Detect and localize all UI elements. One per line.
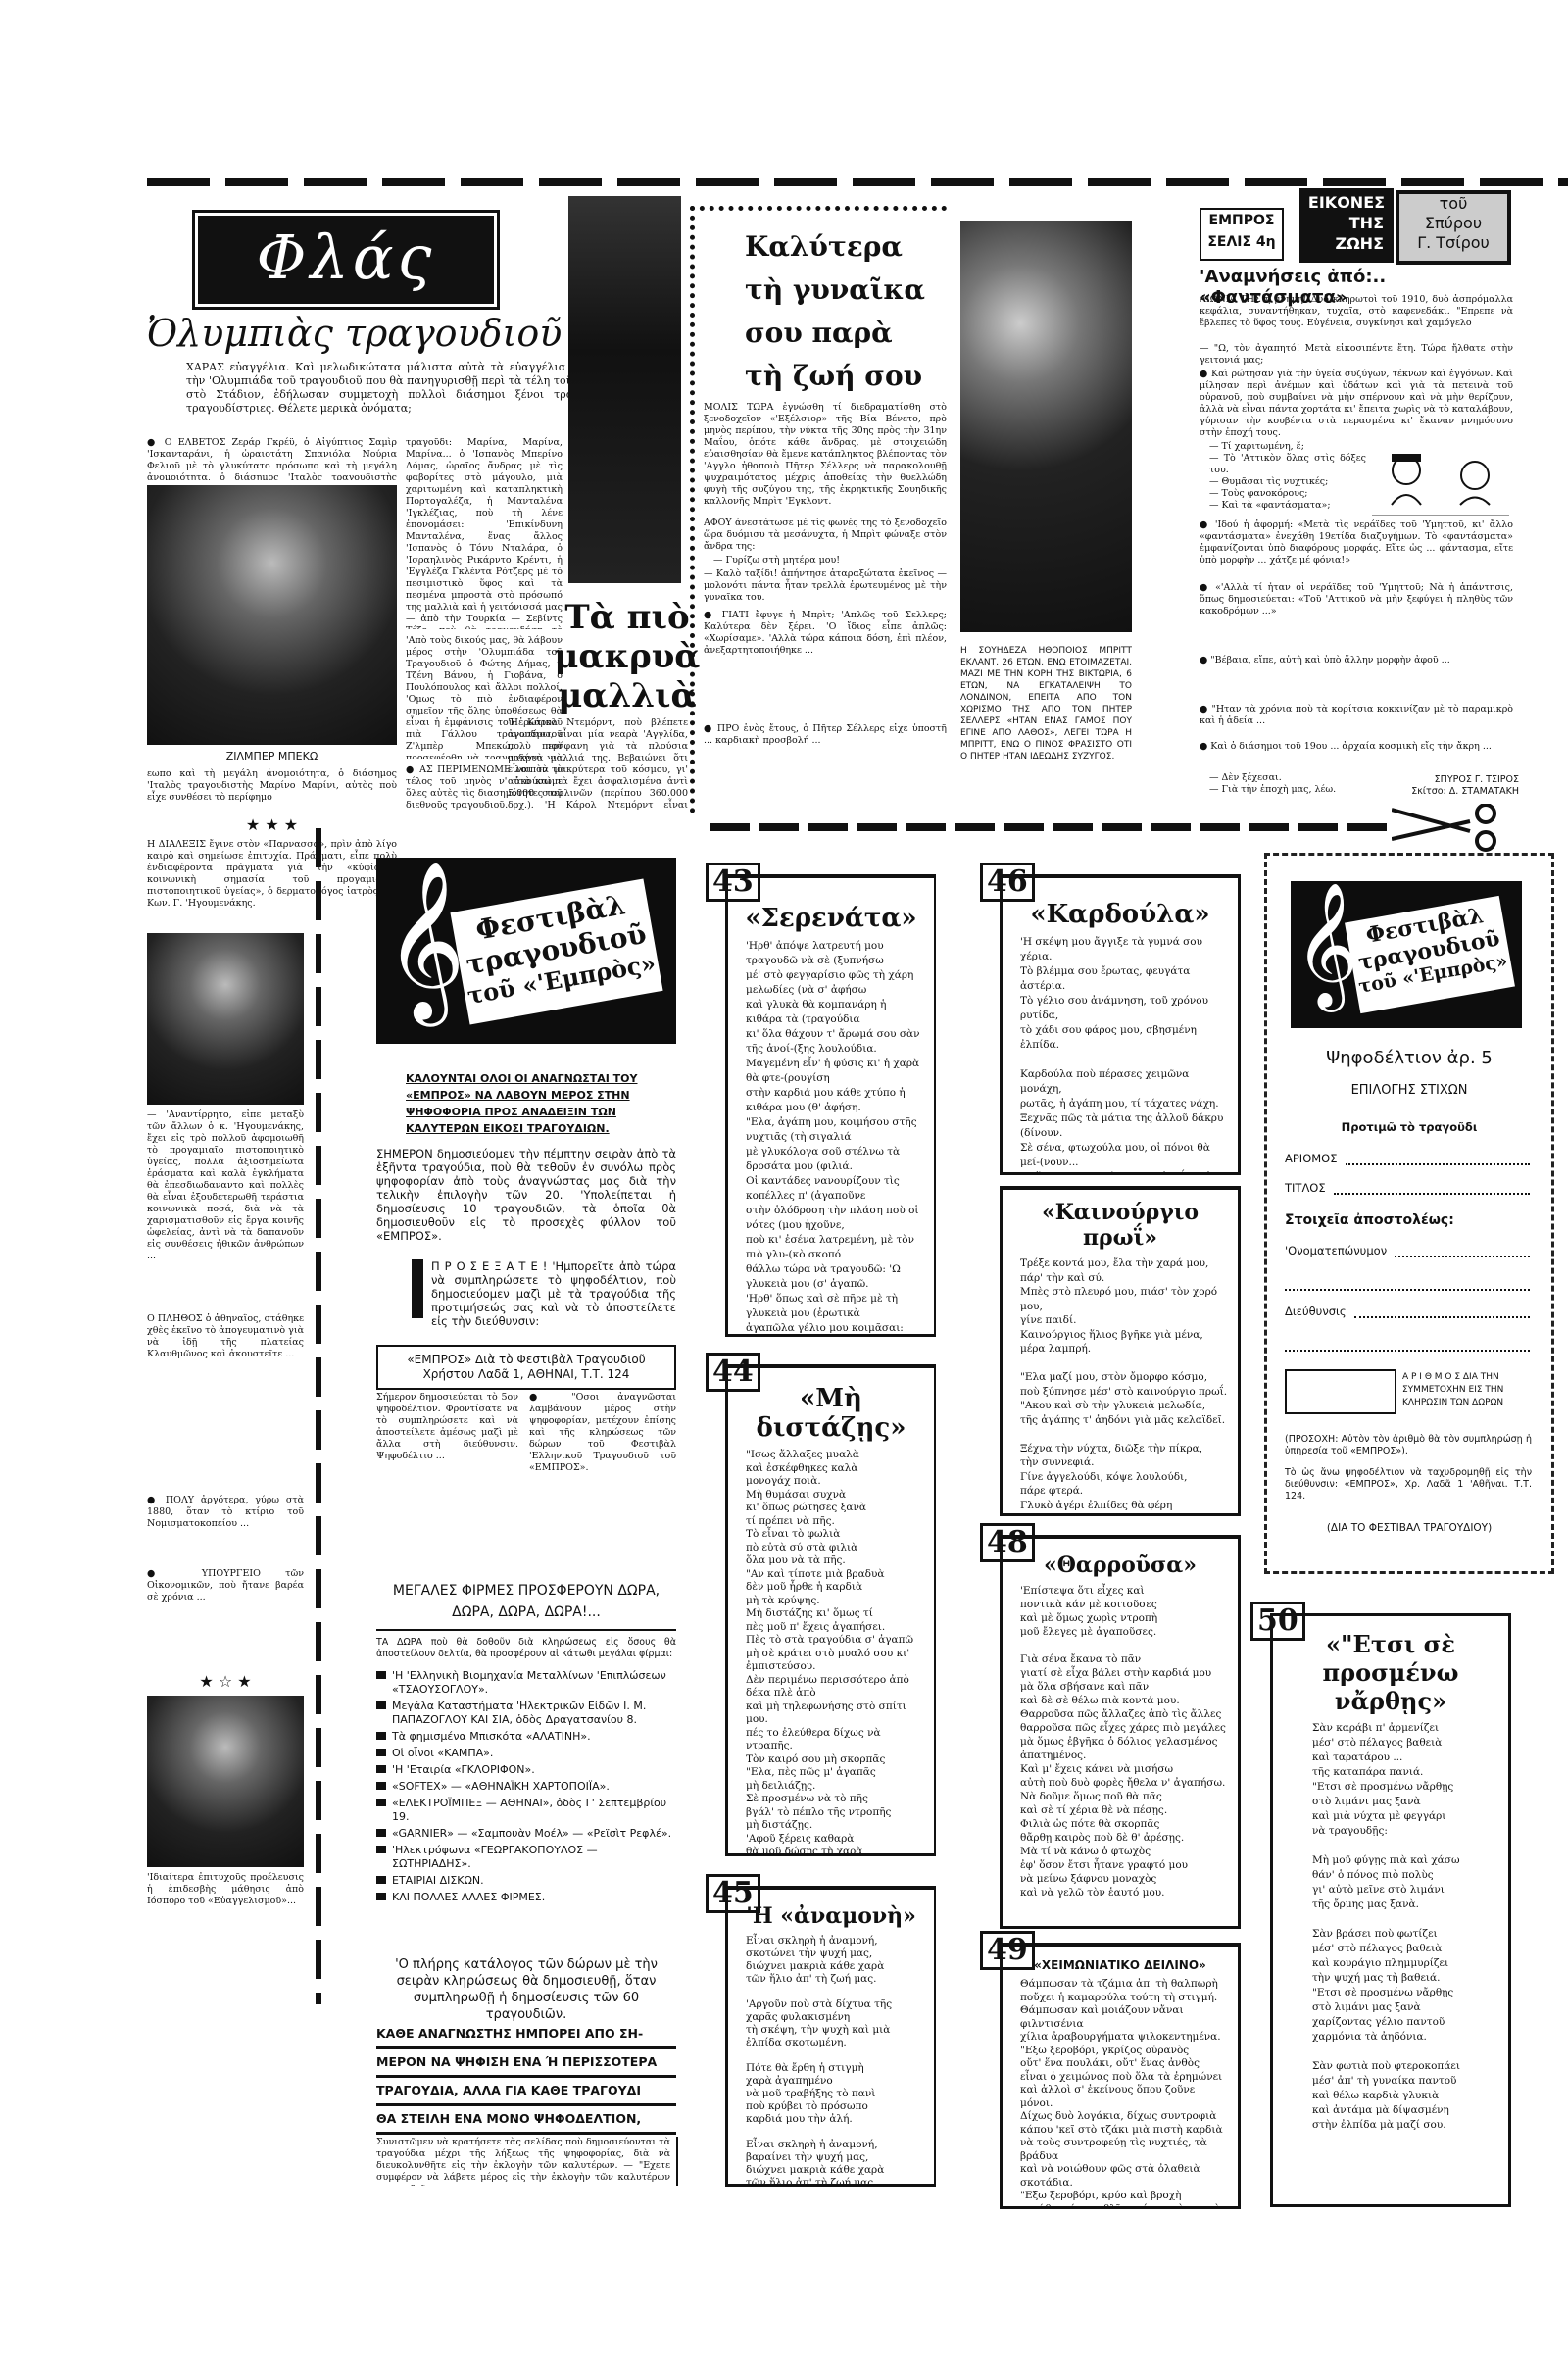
bullet-icon <box>376 1732 386 1740</box>
gift-item-label: «GARNIER» — «Σαμπουὰν Μοέλ» — «Ρεϊσὶτ Ρε… <box>392 1827 671 1840</box>
doctor-photo <box>147 933 304 1105</box>
song-lyrics-46: 'Η σκέψη μου ἄγγιξε τὰ γυμνά σου χέρια. … <box>1003 935 1238 1175</box>
song-card-48: «Θαρροῦσα» 'Επίστεψα ὅτι εἶχες καὶ ποντι… <box>1000 1535 1241 1929</box>
pictures-of-life-badge: ΕΙΚΟΝΕΣ ΤΗΣ ΖΩΗΣ <box>1301 190 1392 261</box>
gift-item: 'Ηλεκτρόφωνα «ΓΕΩΡΓΑΚΟΠΟΥΛΟΣ — ΣΩΤΗΡΙΑΔΗ… <box>376 1844 676 1871</box>
song-title-46: «Καρδούλα» <box>1003 900 1238 929</box>
gift-item: Μεγάλα Καταστήματα 'Ηλεκτρικῶν Εἰδῶν Ι. … <box>376 1700 676 1727</box>
bullet-icon <box>376 1765 386 1773</box>
gift-item-label: 'Η 'Ελληνικὴ Βιομηχανία Μεταλλίνων 'Επιπ… <box>392 1669 666 1696</box>
ballot-sender-heading: Στοιχεῖα ἀποστολέως: <box>1285 1212 1454 1228</box>
bullet-icon <box>376 1799 386 1806</box>
song-title-49: «ΧΕΙΜΩΝΙΑΤΙΚΟ ΔΕΙΛΙΝΟ» <box>1003 1958 1238 1972</box>
song-card-49: «ΧΕΙΜΩΝΙΑΤΙΚΟ ΔΕΙΛΙΝΟ» Θάμπωσαν τὰ τζάμι… <box>1000 1943 1241 2209</box>
lottery-number-label: Α Ρ Ι Θ Μ Ο Σ ΔΙΑ ΤΗΝ ΣΥΜΜΕΤΟΧΗΝ ΕΙΣ ΤΗΝ… <box>1402 1371 1540 1409</box>
history-para-2: ● ΠΟΛΥ ἀργότερα, γύρω στὰ 1880, ὅταν τὸ … <box>147 1495 304 1563</box>
gift-item: 'Η 'Ελληνικὴ Βιομηχανία Μεταλλίνων 'Επιπ… <box>376 1669 676 1697</box>
ballot-prefer-label: Προτιμῶ τὸ τραγοῦδι <box>1267 1120 1551 1134</box>
author-badge-line-2: Σπύρου <box>1399 214 1507 233</box>
memories-para4: ● 'Ιδού ἡ ἀφορμή: «Μετὰ τὶς νεράϊδες τοῦ… <box>1200 519 1513 580</box>
gift-item: Οἱ οἶνοι «ΚΑΜΠΑ». <box>376 1747 676 1760</box>
long-hair-photo <box>568 196 681 583</box>
history-para: Ο ΠΛΗΘΟΣ ὁ ἀθηναΐος, στάθηκε χθὲς ἐκεῖνο… <box>147 1313 304 1490</box>
ballot-number-label: ΑΡΙΘΜΟΣ <box>1285 1152 1338 1165</box>
ballot-footer: (ΔΙΑ ΤΟ ΦΕΣΤΙΒΑΛ ΤΡΑΓΟΥΔΙΟΥ) <box>1267 1522 1551 1534</box>
memories-para5: ● «'Αλλὰ τί ἦταν οἱ νεράϊδες τοῦ 'Υμηττο… <box>1200 582 1513 653</box>
ballot-number-field[interactable]: ΑΡΙΘΜΟΣ <box>1285 1152 1530 1165</box>
song-card-45: 'Η «ἀναμονὴ» Εἶναι σκληρὴ ἡ ἀναμονή, σκο… <box>725 1886 936 2187</box>
center-story-para2: ΑΦΟΥ ἀνεστάτωσε μὲ τὶς φωνές της τὸ ξενο… <box>704 518 947 553</box>
song-title-48: «Θαρροῦσα» <box>1003 1553 1238 1578</box>
gift-item: ΚΑΙ ΠΟΛΛΕΣ ΑΛΛΕΣ ΦΙΡΜΕΣ. <box>376 1891 676 1904</box>
center-story-border-left <box>690 206 695 813</box>
center-story-dialog-1: — Γυρίζω στὴ μητέρα μου! <box>713 555 947 567</box>
voting-rule-line: ΜΕΡΟΝ ΝΑ ΨΗΦΙΣΗ ΕΝΑ Ή ΠΕΡΙΣΣΟΤΕΡΑ <box>376 2049 676 2078</box>
memories-para2: — "Ω, τὸν ἀγαπητό! Μετὰ εἰκοσιπέντε ἔτη.… <box>1200 343 1513 367</box>
song-lyrics-50: Σὰν καράβι π' ἀρμενίζει μέσ' στὸ πέλαγος… <box>1273 1721 1508 2141</box>
memories-para7: ● "Ηταν τὰ χρόνια ποὺ τὰ κορίτσια κοκκιν… <box>1200 704 1513 739</box>
voting-rule: ΚΑΘΕ ΑΝΑΓΝΩΣΤΗΣ ΗΜΠΟΡΕΙ ΑΠΟ ΣΗ- ΜΕΡΟΝ ΝΑ… <box>376 2021 676 2135</box>
center-story-headline: Καλύτερα τὴ γυναῖκα σου παρὰ τὴ ζωή σου <box>745 225 931 398</box>
olympiad-para1b: τραγοῦδι: Μαρίνα, Μαρίνα, Μαρίνα... ὁ 'Ι… <box>406 437 563 629</box>
column-separator <box>316 828 321 2004</box>
cut-line <box>710 823 1387 831</box>
memories-dialog-2: — Δὲν ξέχεσαι. — Γιὰ τὴν ἐποχὴ μας, λέω. <box>1209 772 1386 796</box>
bullet-icon <box>376 1782 386 1790</box>
gifts-headline: ΜΕΓΑΛΕΣ ΦΙΡΜΕΣ ΠΡΟΣΦΕΡΟΥΝ ΔΩΡΑ, ΔΩΡΑ, ΔΩ… <box>376 1580 676 1631</box>
gift-item-label: Μεγάλα Καταστήματα 'Ηλεκτρικῶν Εἰδῶν Ι. … <box>392 1700 646 1726</box>
badge-line-1: ΕΙΚΟΝΕΣ <box>1303 192 1390 213</box>
ballot-name-extra-line[interactable] <box>1285 1279 1530 1291</box>
stars-divider-1: ★ ★ ★ <box>147 815 397 834</box>
center-story-para4: ● ΠΡΟ ἑνὸς ἔτους, ὁ Πῆτερ Σέλλερς εἶχε ὑ… <box>704 723 947 810</box>
gifts-intro: ΤΑ ΔΩΡΑ ποὺ θὰ δοθοῦν διὰ κληρώσεως εἰς … <box>376 1637 676 1660</box>
bullet-icon <box>376 1671 386 1679</box>
ballot-title: Ψηφοδέλτιον ἀρ. 5 <box>1267 1048 1551 1068</box>
gift-item: «GARNIER» — «Σαμπουὰν Μοέλ» — «Ρεϊσὶτ Ρε… <box>376 1827 676 1841</box>
song-title-44: «Μὴ διστάζῃς» <box>728 1384 934 1443</box>
festival-address: «ΕΜΠΡΟΣ» Διὰ τὸ Φεστιβὰλ Τραγουδιοῦ Χρήσ… <box>376 1345 676 1390</box>
center-story-para1: ΜΟΛΙΣ ΤΩΡΑ ἐγνώσθη τί διεδραματίσθη στὸ … <box>704 402 947 510</box>
song-title-50: «"Ετσι σὲ προσμένω νἄρθῃς» <box>1273 1630 1508 1715</box>
author-badge-line-1: τοῦ <box>1399 194 1507 214</box>
emprós-page-badge: ΕΜΠΡΟΣ ΣΕΛΙΣ 4η <box>1200 208 1284 261</box>
becaud-side-text: εωπο καὶ τὴ μεγάλη ἀνομοιότητα, ὁ διάσημ… <box>147 768 397 806</box>
ballot-notice: (ΠΡΟΣΟΧΗ: Αὐτὸν τὸν ἀριθμὸ θὰ τὸν συμπλη… <box>1285 1434 1532 1457</box>
sketch-figures-icon <box>1372 446 1509 515</box>
author-badge-line-3: Γ. Τσίρου <box>1399 233 1507 253</box>
voting-rule-line: ΤΡΑΓΟΥΔΙΑ, ΑΛΛΑ ΓΙΑ ΚΑΘΕ ΤΡΑΓΟΥΔΙ <box>376 2078 676 2106</box>
author-signature: ΣΠΥΡΟΣ Γ. ΤΣΙΡΟΣ <box>1392 774 1519 786</box>
song-card-43: «Σερενάτα» 'Ηρθ' ἀπόψε λατρευτή μου τραγ… <box>725 874 936 1337</box>
treble-clef-icon: 𝄞 <box>384 867 465 1014</box>
olympiad-para1: ● Ο ΕΛΒΕΤΟΣ Ζεράρ Γκρέϋ, ὁ Αἰγύπτιος Σαμ… <box>147 437 397 480</box>
song-lyrics-44: "Ισως ἄλλαξες μυαλὰ καὶ ἐσκέφθηκες καλὰ … <box>728 1449 934 1856</box>
dialog-line: — Τοὺς φανοκόρους; <box>1209 488 1366 500</box>
festival-logo-card: Φεστιβὰλ τραγουδιοῦ τοῦ «'Εμπρὸς» <box>450 879 662 1025</box>
memories-signature: ΣΠΥΡΟΣ Γ. ΤΣΙΡΟΣ Σκίτσο: Δ. ΣΤΑΜΑΤΑΚΗ <box>1392 774 1519 798</box>
final-para: 'Ιδιαίτερα ἐπιτυχοῦς προέλευσις ἡ ἐπιδεσ… <box>147 1872 304 1980</box>
flash-logo-text: Φλάς <box>195 213 497 303</box>
gift-item-label: Οἱ οἶνοι «ΚΑΜΠΑ». <box>392 1747 493 1759</box>
stars-divider-2: ★ ☆ ★ <box>147 1672 304 1691</box>
song-lyrics-47: Τρέξε κοντά μου, ἔλα τὴν χαρά μου, πάρ' … <box>1003 1257 1238 1516</box>
memories-para8: ● Καὶ ὁ διάσημοι τοῦ 19ου ... ἀρχαία κοσ… <box>1200 741 1513 770</box>
song-card-46: «Καρδούλα» 'Η σκέψη μου ἄγγιξε τὰ γυμνά … <box>1000 874 1241 1175</box>
song-lyrics-48: 'Επίστεψα ὅτι εἶχες καὶ ποντικὰ κάν μὲ κ… <box>1003 1584 1238 1907</box>
song-title-43: «Σερενάτα» <box>728 904 934 933</box>
ballot-mail-to: Τὸ ὡς ἄνω ψηφοδέλτιον νὰ ταχυδρομηθῇ εἰς… <box>1285 1467 1532 1503</box>
gift-item-label: «SOFTEX» — «ΑΘΗΝΑΪΚΗ ΧΑΡΤΟΠΟΙΪΑ». <box>392 1780 610 1793</box>
ballot-title-input[interactable] <box>1334 1181 1530 1195</box>
ballot-name-input[interactable] <box>1395 1244 1530 1257</box>
song-lyrics-43: 'Ηρθ' ἀπόψε λατρευτή μου τραγουδῶ νὰ σὲ … <box>728 939 934 1337</box>
ballot-title-field[interactable]: ΤΙΤΛΟΣ <box>1285 1181 1530 1195</box>
bullet-icon <box>376 1846 386 1853</box>
dancer-photo <box>147 1696 304 1867</box>
ballot-name-field[interactable]: 'Ονοματεπώνυμον <box>1285 1244 1530 1257</box>
becaud-photo-caption: ΖΙΛΜΠΕΡ ΜΠΕΚΩ <box>147 750 397 763</box>
voting-rule-line: ΘΑ ΣΤΕΙΛΗ ΕΝΑ ΜΟΝΟ ΨΗΦΟΔΕΛΤΙΟΝ, <box>376 2106 676 2135</box>
song-card-47: «Καινούργιο πρωΐ» Τρέξε κοντά μου, ἔλα τ… <box>1000 1186 1241 1516</box>
bullet-icon <box>376 1876 386 1884</box>
festival-logo: 𝄞 Φεστιβὰλ τραγουδιοῦ τοῦ «'Εμπρὸς» <box>376 858 676 1044</box>
center-story-dialog-2: — Καλὸ ταξίδι! ἀπήντησε ἀταραξώτατα ἐκεῖ… <box>704 568 947 604</box>
gift-item: ΕΤΑΙΡΙΑΙ ΔΙΣΚΩΝ. <box>376 1874 676 1888</box>
long-hair-headline: Τὰ πιὸ μακρυὰ μαλλιὰ <box>549 598 706 715</box>
song-card-50: «"Ετσι σὲ προσμένω νἄρθῃς» Σὰν καράβι π'… <box>1270 1613 1511 2207</box>
ballot-name-label: 'Ονοματεπώνυμον <box>1285 1244 1387 1257</box>
gift-item-label: ΚΑΙ ΠΟΛΛΕΣ ΑΛΛΕΣ ΦΙΡΜΕΣ. <box>392 1891 545 1903</box>
gift-item: «ΕΛΕΚΤΡΟΪΜΠΕΞ — ΑΘΗΝΑΙ», ὁδὸς Γ' Σεπτεμβ… <box>376 1797 676 1824</box>
ballot-address-input[interactable] <box>1354 1305 1530 1318</box>
festival-call: ΚΑΛΟΥΝΤΑΙ ΟΛΟΙ ΟΙ ΑΝΑΓΝΩΣΤΑΙ ΤΟΥ «ΕΜΠΡΟΣ… <box>406 1070 659 1137</box>
gift-item-label: «ΕΛΕΚΤΡΟΪΜΠΕΞ — ΑΘΗΝΑΙ», ὁδὸς Γ' Σεπτεμβ… <box>392 1797 666 1823</box>
top-border-rule <box>147 178 1568 186</box>
ballot-form: 𝄞 Φεστιβὰλ τραγουδιοῦ τοῦ «'Εμπρὸς» Ψηφο… <box>1264 853 1554 1574</box>
festival-attention: Π Ρ Ο Σ Ε Ξ Α Τ Ε ! 'Ημπορεῖτε ἀπὸ τώρα … <box>431 1259 676 1328</box>
song-lyrics-45: Εἶναι σκληρὴ ἡ ἀναμονή, σκοτώνει τὴν ψυχ… <box>728 1935 934 2187</box>
dialog-line: — Τὸ 'Αττικὸν ὅλας στὶς δόξες του. <box>1209 453 1366 476</box>
song-card-44: «Μὴ διστάζῃς» "Ισως ἄλλαξες μυαλὰ καὶ ἐσ… <box>725 1364 936 1856</box>
dialog-line: — Τί χαριτωμένη, ἔ; <box>1209 441 1366 453</box>
ballot-address-label: Διεύθυνσις <box>1285 1305 1347 1318</box>
ballot-address-field[interactable]: Διεύθυνσις <box>1285 1305 1530 1318</box>
memories-para1: ΑΙΩΝΙΑ ΤΗΣ ἡ μνήμη! Δυὸ κληρωτοὶ τοῦ 191… <box>1200 294 1513 341</box>
voting-advice: Συνιστῶμεν νὰ κρατήσετε τὰς σελίδας ποὺ … <box>376 2137 678 2186</box>
history-para-3: ● ΥΠΟΥΡΓΕΙΟ τῶν Οἰκονομικῶν, ποὺ ἤτανε β… <box>147 1568 304 1666</box>
festival-today: ΣΗΜΕΡΟΝ δημοσιεύομεν τὴν πέμπτην σειρὰν … <box>376 1147 676 1243</box>
lottery-number-box <box>1285 1369 1396 1414</box>
gifts-list: 'Η 'Ελληνικὴ Βιομηχανία Μεταλλίνων 'Επιπ… <box>376 1666 676 1907</box>
festival-col-left: Σήμερον δημοσιεύεται τὸ 5ον ψηφοδέλτιον.… <box>376 1392 518 1485</box>
bullet-icon <box>376 1701 386 1709</box>
song-title-45: 'Η «ἀναμονὴ» <box>728 1903 934 1929</box>
sketch-credit: Σκίτσο: Δ. ΣΤΑΜΑΤΑΚΗ <box>1392 786 1519 798</box>
badge-paper-name: ΕΜΠΡΟΣ <box>1201 210 1282 231</box>
ballot-subtitle: ΕΠΙΛΟΓΗΣ ΣΤΙΧΩΝ <box>1267 1083 1551 1098</box>
center-story-para3: ● ΓΙΑΤΙ ἔφυγε ἡ Μπρὶτ; 'Απλῶς τοῦ Σελλερ… <box>704 610 947 717</box>
badge-line-3: ΖΩΗΣ <box>1303 233 1390 254</box>
gifts-catalog-note: 'Ο πλήρης κατάλογος τῶν δώρων μὲ τὴν σει… <box>376 1956 676 2023</box>
bullet-icon <box>376 1893 386 1900</box>
becaud-photo <box>147 485 397 745</box>
britt-ekland-photo <box>960 221 1132 632</box>
long-hair-text: 'Η Κάρολ Ντεμόρντ, ποὺ βλέπετε ἀνωτέρω, … <box>508 717 688 812</box>
festival-col-right: ● "Οσοι ἀναγνῶσται λαμβάνουν μέρος στὴν … <box>529 1392 676 1485</box>
flash-logo: Φλάς <box>192 210 500 310</box>
lecture-para-2: — 'Αναντίρρητο, εἶπε μεταξὺ τῶν ἄλλων ὁ … <box>147 1109 304 1306</box>
song-lyrics-49: Θάμπωσαν τὰ τζάμια ἀπ' τὴ θαλπωρὴ ποὔχει… <box>1003 1978 1238 2209</box>
britt-ekland-caption: Η ΣΟΥΗΔΕΖΑ ΗΘΟΠΟΙΟΣ ΜΠΡΙΤΤ ΕΚΛΑΝΤ, 26 ΕΤ… <box>960 645 1132 802</box>
dialog-line: — Γιὰ τὴν ἐποχὴ μας, λέω. <box>1209 784 1386 796</box>
ballot-number-input[interactable] <box>1346 1152 1531 1165</box>
memories-para6: ● "Βέβαια, εἴπε, αὐτὴ καὶ ὑπὸ ἄλλην μορφ… <box>1200 655 1513 702</box>
dialog-line: — Δὲν ξέχεσαι. <box>1209 772 1386 784</box>
badge-line-2: ΤΗΣ <box>1303 213 1390 233</box>
badge-page-number: ΣΕΛΙΣ 4η <box>1201 231 1282 253</box>
voting-rule-line: ΚΑΘΕ ΑΝΑΓΝΩΣΤΗΣ ΗΜΠΟΡΕΙ ΑΠΟ ΣΗ- <box>376 2021 676 2049</box>
author-badge: τοῦ Σπύρου Γ. Τσίρου <box>1396 190 1511 265</box>
sketch-illustration <box>1372 446 1509 516</box>
ballot-title-label: ΤΙΤΛΟΣ <box>1285 1181 1326 1195</box>
ballot-address-extra-line[interactable] <box>1285 1340 1530 1352</box>
bullet-icon <box>376 1749 386 1756</box>
bullet-icon <box>376 1829 386 1837</box>
memories-dialog: — Τί χαριτωμένη, ἔ; — Τὸ 'Αττικὸν ὅλας σ… <box>1209 441 1366 512</box>
gift-item-label: 'Η 'Εταιρία «ΓΚΛΟΡΙΦΟΝ». <box>392 1763 535 1776</box>
gift-item: «SOFTEX» — «ΑΘΗΝΑΪΚΗ ΧΑΡΤΟΠΟΙΪΑ». <box>376 1780 676 1794</box>
center-story-border-top <box>690 206 947 211</box>
dialog-line: — Καὶ τὰ «φαντάσματα»; <box>1209 500 1366 512</box>
ballot-logo-card: Φεστιβὰλ τραγουδιοῦ τοῦ «'Εμπρὸς» <box>1345 896 1515 1013</box>
lecture-para: Η ΔΙΑΛΕΞΙΣ ἔγινε στὸν «Παρνασσό», πρὶν ἀ… <box>147 839 397 929</box>
gift-item-label: ΕΤΑΙΡΙΑΙ ΔΙΣΚΩΝ. <box>392 1874 484 1887</box>
song-title-47: «Καινούργιο πρωΐ» <box>1003 1200 1238 1251</box>
gift-item-label: 'Ηλεκτρόφωνα «ΓΕΩΡΓΑΚΟΠΟΥΛΟΣ — ΣΩΤΗΡΙΑΔΗ… <box>392 1844 598 1870</box>
scissors-icon <box>1392 804 1509 853</box>
dialog-line: — Θυμᾶσαι τὶς νυχτικές; <box>1209 476 1366 488</box>
attention-bar-icon <box>412 1259 423 1318</box>
ballot-festival-logo: 𝄞 Φεστιβὰλ τραγουδιοῦ τοῦ «'Εμπρὸς» <box>1291 881 1522 1028</box>
gift-item-label: Τὰ φημισμένα Μπισκότα «ΑΛΑΤΙΝΗ». <box>392 1730 591 1743</box>
gift-item: 'Η 'Εταιρία «ΓΚΛΟΡΙΦΟΝ». <box>376 1763 676 1777</box>
gift-item: Τὰ φημισμένα Μπισκότα «ΑΛΑΤΙΝΗ». <box>376 1730 676 1744</box>
memories-para3: ● Καὶ ρώτησαν γιὰ τὴν ὑγεία συζύγων, τέκ… <box>1200 369 1513 439</box>
